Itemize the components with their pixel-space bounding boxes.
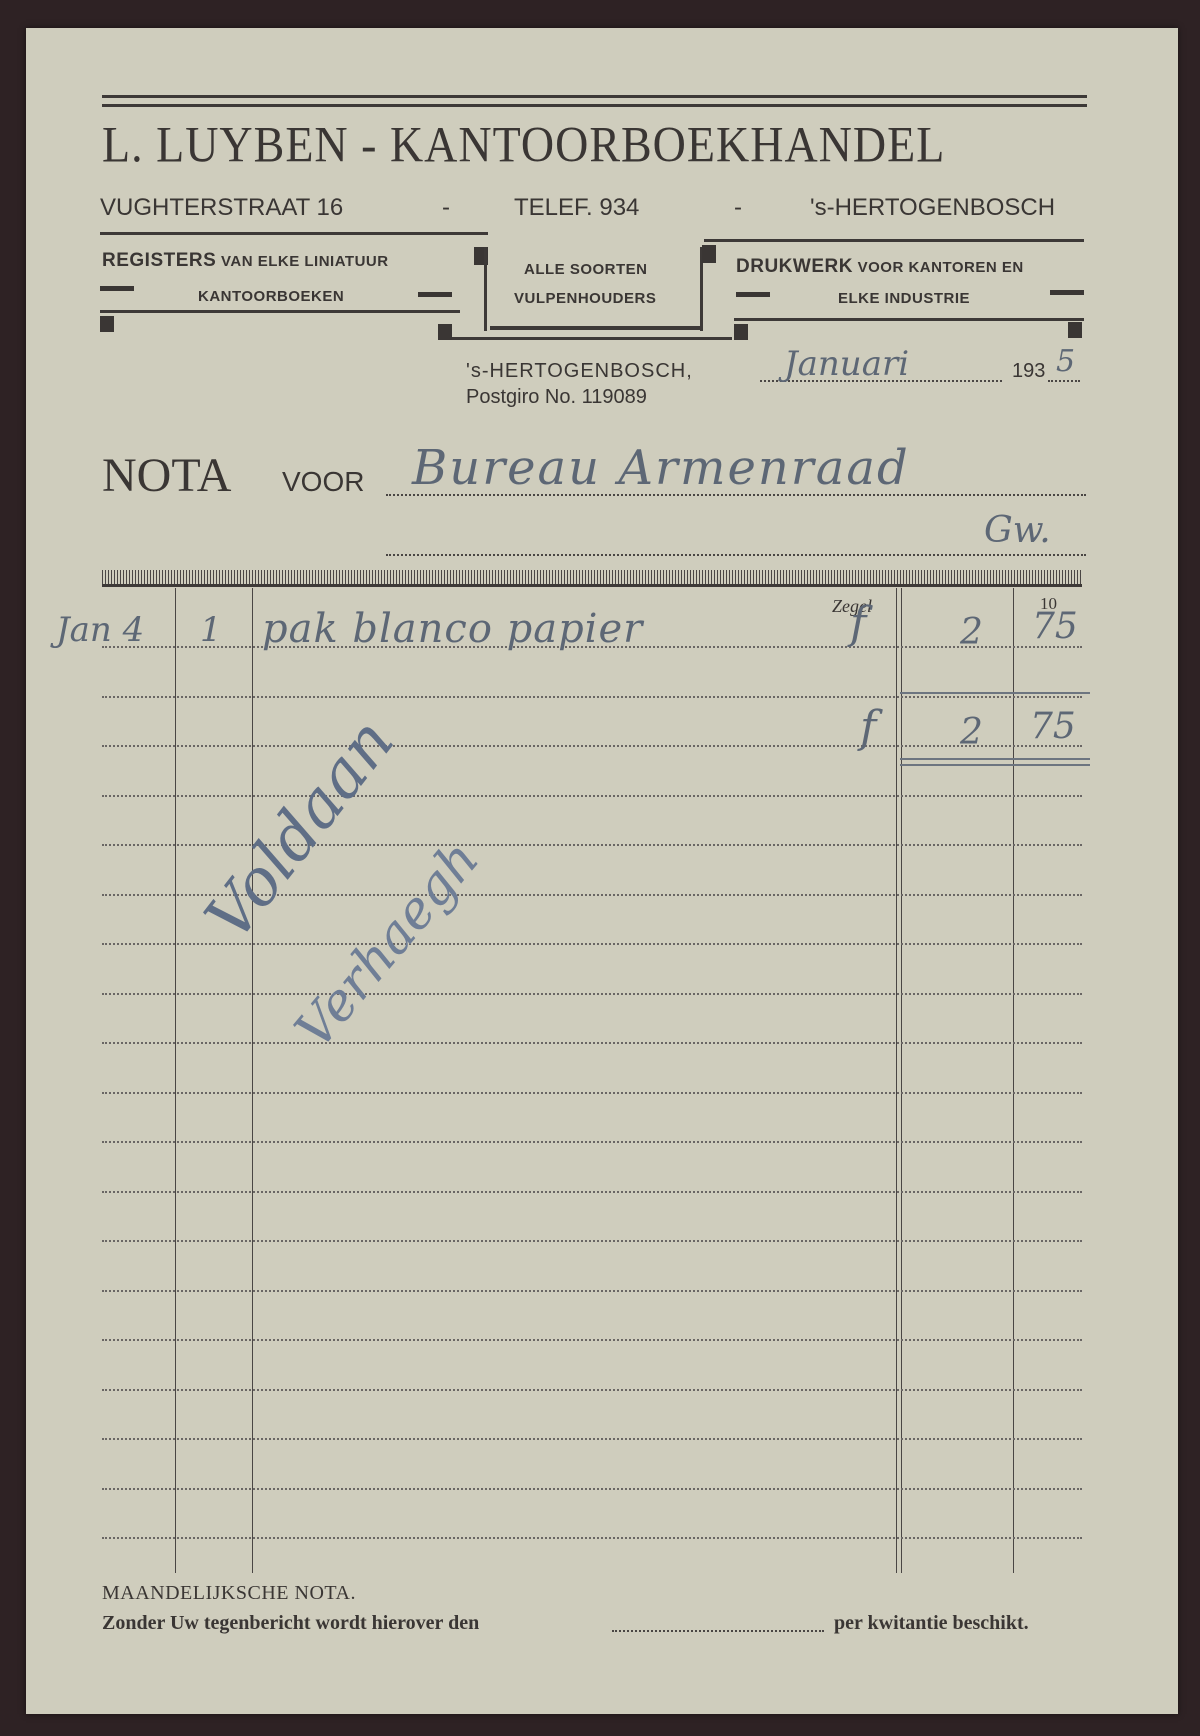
square-ornament (1068, 322, 1082, 338)
handwritten-month: Januari (784, 344, 909, 384)
ledger-row-line (102, 1339, 1082, 1341)
telephone: TELEF. 934 (514, 194, 639, 222)
dash-ornament (1050, 290, 1084, 295)
dash-ornament (418, 292, 452, 297)
right-box-sub: ELKE INDUSTRIE (838, 290, 970, 307)
ledger-row-line (102, 1488, 1082, 1490)
ledger-row-line (102, 1141, 1082, 1143)
company-name: L. LUYBEN - KANTOORBOEKHANDEL (102, 115, 945, 173)
right-box-heading: DRUKWERK VOOR KANTOREN EN (736, 256, 1024, 278)
left-box-sub: KANTOORBOEKEN (198, 288, 344, 305)
center-box-line1: ALLE SOORTEN (524, 261, 648, 278)
square-ornament (702, 245, 716, 263)
dash-ornament (736, 292, 770, 297)
square-ornament (100, 316, 114, 332)
dash-ornament (100, 286, 134, 291)
square-ornament (734, 324, 748, 340)
column-divider-amount-a (896, 588, 897, 1573)
item-currency: f (850, 598, 866, 649)
column-divider-qty (252, 588, 253, 1573)
item-cents: 75 (1032, 606, 1078, 647)
total-currency: f (860, 702, 876, 753)
footer-text-start: Zonder Uw tegenbericht wordt hierover de… (102, 1612, 479, 1635)
ledger-row-line (102, 993, 1082, 995)
ledger-row-line (102, 1537, 1082, 1539)
addressee-line-2 (386, 554, 1086, 556)
separator: - (442, 194, 450, 222)
column-divider-amount-b (901, 588, 902, 1573)
ledger-row-line (102, 795, 1082, 797)
ledger-row-line (102, 1438, 1082, 1440)
drukwerk-label: DRUKWERK (736, 256, 853, 277)
right-box-top-rule (704, 239, 1084, 242)
total-double-rule-2 (900, 764, 1090, 766)
handwritten-addressee: Bureau Armenraad (412, 440, 910, 496)
nota-heading: NOTA (102, 448, 231, 503)
table-header-band (102, 570, 1082, 587)
center-box-left (484, 247, 487, 331)
separator: - (734, 194, 742, 222)
postgiro-number: Postgiro No. 119089 (466, 386, 647, 409)
city: 's-HERTOGENBOSCH (810, 194, 1055, 222)
dateline-city: 's-HERTOGENBOSCH, (466, 360, 693, 383)
ledger-row-line (102, 1240, 1082, 1242)
footer-title: MAANDELIJKSCHE NOTA. (102, 1582, 356, 1605)
ledger-row-line (102, 1389, 1082, 1391)
top-rule-1 (102, 95, 1087, 98)
handwritten-addressee-line2: Gw. (984, 510, 1051, 551)
total-double-rule-1 (900, 758, 1090, 760)
year-printed: 193 (1012, 360, 1045, 383)
ledger-row-line (102, 745, 1082, 747)
left-box-bottom-rule (100, 310, 460, 313)
ledger-row-line (102, 1092, 1082, 1094)
top-rule-2 (102, 104, 1087, 107)
street-address: VUGHTERSTRAAT 16 (100, 194, 343, 222)
item-description: pak blanco papier (262, 606, 643, 652)
left-box-heading: REGISTERS VAN ELKE LINIATUUR (102, 250, 389, 272)
voor-label: VOOR (282, 466, 364, 498)
item-guilders: 2 (960, 612, 983, 653)
ledger-row-line (102, 1042, 1082, 1044)
bottom-connector-rule (452, 337, 732, 340)
center-box-bottom (490, 326, 700, 330)
column-divider-date (175, 588, 176, 1573)
registers-label: REGISTERS (102, 250, 216, 271)
ledger-row-line (102, 1290, 1082, 1292)
drukwerk-rest: VOOR KANTOREN EN (858, 259, 1024, 276)
invoice-paper (26, 28, 1178, 1714)
center-box-line2: VULPENHOUDERS (514, 290, 656, 307)
item-date: Jan 4 (56, 610, 144, 650)
item-qty: 1 (200, 610, 222, 650)
registers-rest: VAN ELKE LINIATUUR (221, 253, 389, 270)
handwritten-year: 5 (1056, 344, 1075, 379)
column-divider-cents (1013, 588, 1014, 1573)
year-dotted-line (1048, 380, 1080, 382)
ledger-row-line (102, 1191, 1082, 1193)
total-rule (900, 692, 1090, 694)
right-box-bottom-rule (734, 318, 1084, 321)
ledger-row-line (102, 696, 1082, 698)
total-guilders: 2 (960, 712, 983, 753)
footer-text-end: per kwitantie beschikt. (834, 1612, 1029, 1635)
total-cents: 75 (1030, 706, 1076, 747)
left-box-top-rule (100, 232, 488, 235)
square-ornament (438, 324, 452, 340)
footer-dotted-line (612, 1630, 824, 1632)
